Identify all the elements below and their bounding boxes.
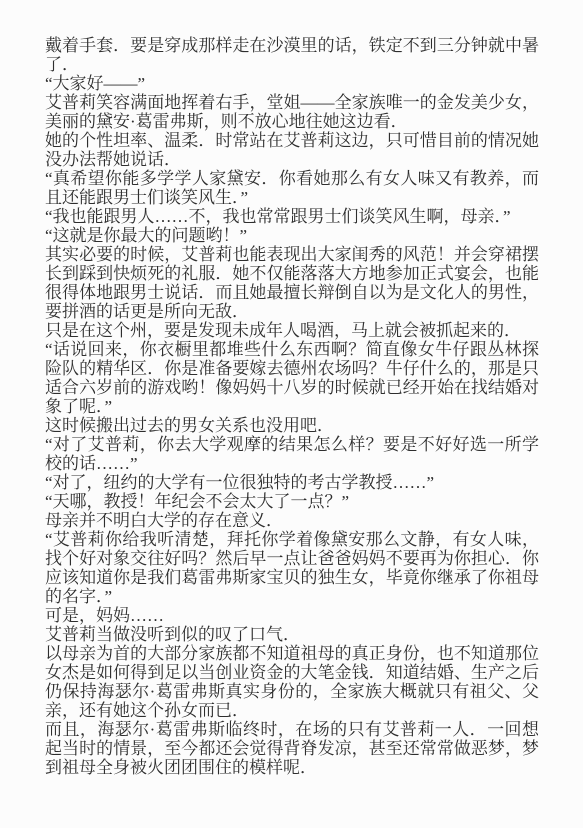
paragraph: 其实必要的时候，艾普莉也能表现出大家闺秀的风范！并会穿裙摆长到踩到快烦死的礼服．…: [45, 245, 539, 321]
paragraph: 以母亲为首的大部分家族都不知道祖母的真正身份，也不知道那位女杰是如何得到足以当创…: [45, 644, 539, 720]
paragraph: 这时候搬出过去的男女关系也没用吧．: [45, 416, 539, 435]
paragraph: 只是在这个州，要是发现未成年人喝酒，马上就会被抓起来的．: [45, 321, 539, 340]
paragraph: 可是，妈妈……: [45, 606, 539, 625]
paragraph: “对了艾普莉，你去大学观摩的结果怎么样？要是不好好选一所学校的话……”: [45, 435, 539, 473]
paragraph: “这就是你最大的问题哟！”: [45, 226, 539, 245]
paragraph: 母亲并不明白大学的存在意义．: [45, 511, 539, 530]
novel-text: 戴着手套．要是穿成那样走在沙漠里的话，铁定不到三分钟就中暑了．“大家好——”艾普…: [45, 36, 539, 777]
paragraph: “大家好——”: [45, 74, 539, 93]
paragraph: “天哪，教授！年纪会不会太大了一点？”: [45, 492, 539, 511]
paragraph: 戴着手套．要是穿成那样走在沙漠里的话，铁定不到三分钟就中暑了．: [45, 36, 539, 74]
paragraph: “话说回来，你衣橱里都堆些什么东西啊？简直像女牛仔跟丛林探险队的精华区．你是准备…: [45, 340, 539, 416]
paragraph: 艾普莉当做没听到似的叹了口气．: [45, 625, 539, 644]
paragraph: 而且，海瑟尔·葛雷弗斯临终时，在场的只有艾普莉一人．一回想起当时的情景，至今都还…: [45, 720, 539, 777]
paragraph: “对了，纽约的大学有一位很独特的考古学教授……”: [45, 473, 539, 492]
paragraph: “我也能跟男人……不，我也常常跟男士们谈笑风生啊，母亲．”: [45, 207, 539, 226]
paragraph: 她的个性坦率、温柔．时常站在艾普莉这边，只可惜目前的情况她没办法帮她说话．: [45, 131, 539, 169]
paragraph: “艾普莉你给我听清楚，拜托你学着像黛安那么文静，有女人味，找个好对象交往好吗？然…: [45, 530, 539, 606]
paragraph: 艾普莉笑容满面地挥着右手，堂姐——全家族唯一的金发美少女，美丽的黛安·葛雷弗斯，…: [45, 93, 539, 131]
paragraph: “真希望你能多学学人家黛安．你看她那么有女人味又有教养，而且还能跟男士们谈笑风生…: [45, 169, 539, 207]
book-page: 戴着手套．要是穿成那样走在沙漠里的话，铁定不到三分钟就中暑了．“大家好——”艾普…: [0, 0, 583, 828]
